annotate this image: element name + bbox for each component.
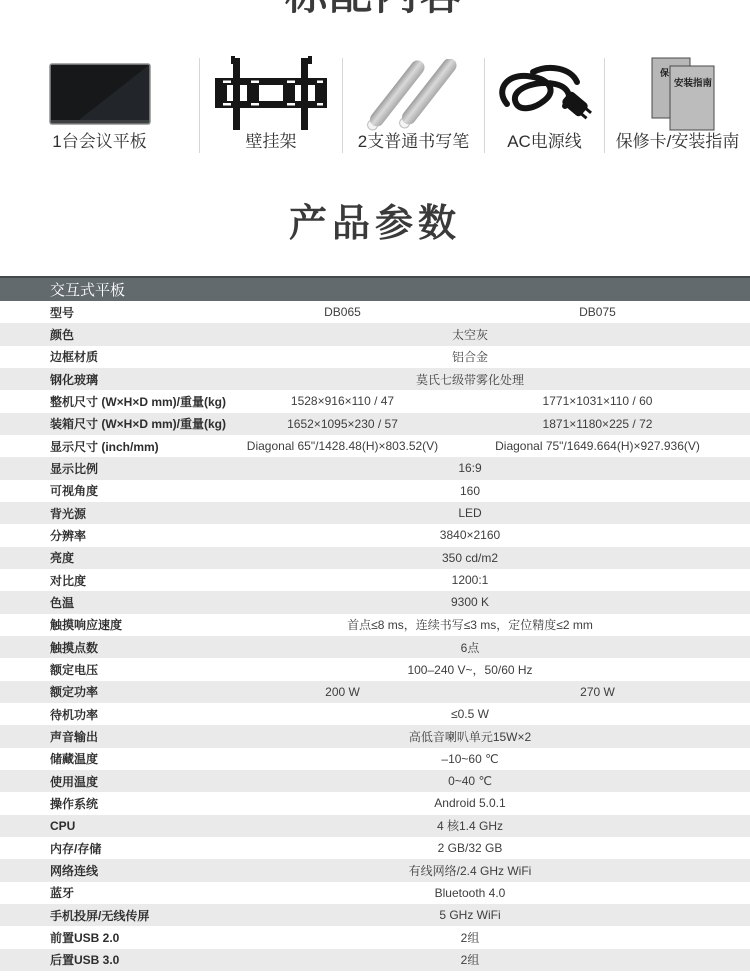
spec-value: 铝合金 bbox=[215, 346, 725, 368]
spec-row: 蓝牙Bluetooth 4.0 bbox=[0, 882, 750, 904]
spec-value: 1771×1031×110 / 60 bbox=[470, 390, 725, 412]
spec-value: 160 bbox=[215, 480, 725, 502]
spec-value: 100–240 V~，50/60 Hz bbox=[215, 658, 725, 680]
spec-value: 1871×1180×225 / 72 bbox=[470, 413, 725, 435]
spec-row: 手机投屏/无线传屏5 GHz WiFi bbox=[0, 904, 750, 926]
spec-label: 手机投屏/无线传屏 bbox=[0, 904, 215, 926]
spec-label: 网络连线 bbox=[0, 859, 215, 881]
spec-label: 前置USB 2.0 bbox=[0, 926, 215, 948]
spec-value: –10~60 ℃ bbox=[215, 748, 725, 770]
spec-label: 亮度 bbox=[0, 547, 215, 569]
spec-values: 1528×916×110 / 471771×1031×110 / 60 bbox=[215, 390, 725, 412]
spec-values: 太空灰 bbox=[215, 323, 725, 345]
package-item-label: 保修卡/安装指南 bbox=[616, 132, 740, 153]
spec-values: 4 核1.4 GHz bbox=[215, 815, 725, 837]
spec-row: 整机尺寸 (W×H×D mm)/重量(kg)1528×916×110 / 471… bbox=[0, 390, 750, 412]
spec-table: 交互式平板 型号DB065DB075颜色太空灰边框材质铝合金钢化玻璃莫氏七级带雾… bbox=[0, 276, 750, 971]
spec-value: 350 cd/m2 bbox=[215, 547, 725, 569]
spec-value: 6点 bbox=[215, 636, 725, 658]
spec-label: 背光源 bbox=[0, 502, 215, 524]
spec-values: 3840×2160 bbox=[215, 524, 725, 546]
package-item-label: 2支普通书写笔 bbox=[358, 132, 469, 153]
spec-row: 边框材质铝合金 bbox=[0, 346, 750, 368]
package-item-manuals: 保修 安装指南 保修卡/安装指南 bbox=[605, 58, 750, 153]
spec-value: DB075 bbox=[470, 301, 725, 323]
spec-value: 首点≤8 ms，连续书写≤3 ms，定位精度≤2 mm bbox=[215, 614, 725, 636]
spec-row: 前置USB 2.02组 bbox=[0, 926, 750, 948]
spec-row: 储藏温度–10~60 ℃ bbox=[0, 748, 750, 770]
package-item-label: AC电源线 bbox=[507, 132, 582, 153]
spec-label: 整机尺寸 (W×H×D mm)/重量(kg) bbox=[0, 390, 215, 412]
spec-row: 钢化玻璃莫氏七级带雾化处理 bbox=[0, 368, 750, 390]
spec-label: CPU bbox=[0, 815, 215, 837]
spec-label: 蓝牙 bbox=[0, 882, 215, 904]
spec-label: 声音输出 bbox=[0, 725, 215, 747]
spec-values: 9300 K bbox=[215, 591, 725, 613]
spec-values: ≤0.5 W bbox=[215, 703, 725, 725]
spec-value: 莫氏七级带雾化处理 bbox=[215, 368, 725, 390]
spec-row: 触摸响应速度首点≤8 ms，连续书写≤3 ms，定位精度≤2 mm bbox=[0, 614, 750, 636]
spec-values: 高低音喇叭单元15W×2 bbox=[215, 725, 725, 747]
spec-value: Bluetooth 4.0 bbox=[215, 882, 725, 904]
spec-values: –10~60 ℃ bbox=[215, 748, 725, 770]
spec-values: 350 cd/m2 bbox=[215, 547, 725, 569]
spec-row: 可视角度160 bbox=[0, 480, 750, 502]
spec-value: 4 核1.4 GHz bbox=[215, 815, 725, 837]
spec-row: 声音输出高低音喇叭单元15W×2 bbox=[0, 725, 750, 747]
spec-label: 对比度 bbox=[0, 569, 215, 591]
spec-label: 触摸点数 bbox=[0, 636, 215, 658]
package-item-power-cable: AC电源线 bbox=[485, 58, 605, 153]
spec-values: 100–240 V~，50/60 Hz bbox=[215, 658, 725, 680]
package-contents-row: 1台会议平板 壁挂架 bbox=[0, 58, 750, 153]
package-item-label: 壁挂架 bbox=[246, 132, 297, 153]
spec-row: 额定功率200 W270 W bbox=[0, 681, 750, 703]
spec-label: 分辨率 bbox=[0, 524, 215, 546]
spec-values: 2组 bbox=[215, 949, 725, 971]
writing-pens-icon bbox=[343, 58, 484, 132]
spec-row: 使用温度0~40 ℃ bbox=[0, 770, 750, 792]
spec-value: 2 GB/32 GB bbox=[215, 837, 725, 859]
spec-value: 5 GHz WiFi bbox=[215, 904, 725, 926]
spec-row: 色温9300 K bbox=[0, 591, 750, 613]
spec-label: 额定电压 bbox=[0, 658, 215, 680]
section-title: 产品参数 bbox=[0, 203, 750, 245]
spec-value: LED bbox=[215, 502, 725, 524]
spec-label: 型号 bbox=[0, 301, 215, 323]
spec-label: 操作系统 bbox=[0, 792, 215, 814]
spec-value: Diagonal 75"/1649.664(H)×927.936(V) bbox=[470, 435, 725, 457]
spec-row: 显示尺寸 (inch/mm)Diagonal 65"/1428.48(H)×80… bbox=[0, 435, 750, 457]
wall-mount-icon bbox=[200, 54, 342, 132]
spec-row: 待机功率≤0.5 W bbox=[0, 703, 750, 725]
spec-label: 装箱尺寸 (W×H×D mm)/重量(kg) bbox=[0, 413, 215, 435]
spec-label: 储藏温度 bbox=[0, 748, 215, 770]
package-item-pens: 2支普通书写笔 bbox=[343, 58, 485, 153]
top-title-clip: 标配内容 bbox=[0, 0, 750, 18]
spec-label: 色温 bbox=[0, 591, 215, 613]
spec-row: 对比度1200:1 bbox=[0, 569, 750, 591]
spec-value: 270 W bbox=[470, 681, 725, 703]
spec-label: 使用温度 bbox=[0, 770, 215, 792]
spec-values: 铝合金 bbox=[215, 346, 725, 368]
spec-value: 16:9 bbox=[215, 457, 725, 479]
package-item-panel: 1台会议平板 bbox=[0, 58, 200, 153]
spec-values: Diagonal 65"/1428.48(H)×803.52(V)Diagona… bbox=[215, 435, 725, 457]
spec-value: 高低音喇叭单元15W×2 bbox=[215, 725, 725, 747]
spec-label: 显示尺寸 (inch/mm) bbox=[0, 435, 215, 457]
spec-values: Bluetooth 4.0 bbox=[215, 882, 725, 904]
spec-value: 1200:1 bbox=[215, 569, 725, 591]
ac-power-cable-icon bbox=[485, 58, 604, 132]
spec-values: 16:9 bbox=[215, 457, 725, 479]
spec-row: CPU4 核1.4 GHz bbox=[0, 815, 750, 837]
conference-panel-icon bbox=[0, 58, 199, 132]
package-item-wall-mount: 壁挂架 bbox=[200, 58, 343, 153]
spec-row: 背光源LED bbox=[0, 502, 750, 524]
spec-row: 分辨率3840×2160 bbox=[0, 524, 750, 546]
package-item-label: 1台会议平板 bbox=[52, 132, 146, 153]
spec-value: ≤0.5 W bbox=[215, 703, 725, 725]
spec-label: 触摸响应速度 bbox=[0, 614, 215, 636]
spec-values: 有线网络/2.4 GHz WiFi bbox=[215, 859, 725, 881]
spec-value: 9300 K bbox=[215, 591, 725, 613]
spec-value: 2组 bbox=[215, 926, 725, 948]
warranty-manual-icon: 保修 安装指南 bbox=[605, 54, 750, 132]
install-guide-text: 安装指南 bbox=[674, 77, 713, 89]
spec-row: 触摸点数6点 bbox=[0, 636, 750, 658]
spec-table-header: 交互式平板 bbox=[0, 276, 750, 301]
spec-value: 有线网络/2.4 GHz WiFi bbox=[215, 859, 725, 881]
spec-values: 1200:1 bbox=[215, 569, 725, 591]
spec-value: 1528×916×110 / 47 bbox=[215, 390, 470, 412]
spec-values: 6点 bbox=[215, 636, 725, 658]
spec-row: 装箱尺寸 (W×H×D mm)/重量(kg)1652×1095×230 / 57… bbox=[0, 413, 750, 435]
spec-row: 后置USB 3.02组 bbox=[0, 949, 750, 971]
spec-row: 型号DB065DB075 bbox=[0, 301, 750, 323]
spec-values: 0~40 ℃ bbox=[215, 770, 725, 792]
spec-values: 2组 bbox=[215, 926, 725, 948]
spec-values: 莫氏七级带雾化处理 bbox=[215, 368, 725, 390]
spec-label: 内存/存储 bbox=[0, 837, 215, 859]
spec-value: 200 W bbox=[215, 681, 470, 703]
spec-values: 首点≤8 ms，连续书写≤3 ms，定位精度≤2 mm bbox=[215, 614, 725, 636]
spec-values: 160 bbox=[215, 480, 725, 502]
spec-value: Android 5.0.1 bbox=[215, 792, 725, 814]
spec-value: 2组 bbox=[215, 949, 725, 971]
spec-label: 边框材质 bbox=[0, 346, 215, 368]
spec-row: 额定电压100–240 V~，50/60 Hz bbox=[0, 658, 750, 680]
spec-values: 200 W270 W bbox=[215, 681, 725, 703]
spec-label: 待机功率 bbox=[0, 703, 215, 725]
spec-value: DB065 bbox=[215, 301, 470, 323]
spec-value: 3840×2160 bbox=[215, 524, 725, 546]
spec-row: 操作系统Android 5.0.1 bbox=[0, 792, 750, 814]
spec-row: 颜色太空灰 bbox=[0, 323, 750, 345]
spec-row: 网络连线有线网络/2.4 GHz WiFi bbox=[0, 859, 750, 881]
spec-value: 1652×1095×230 / 57 bbox=[215, 413, 470, 435]
spec-label: 可视角度 bbox=[0, 480, 215, 502]
spec-table-body: 型号DB065DB075颜色太空灰边框材质铝合金钢化玻璃莫氏七级带雾化处理整机尺… bbox=[0, 301, 750, 971]
spec-values: Android 5.0.1 bbox=[215, 792, 725, 814]
spec-value: Diagonal 65"/1428.48(H)×803.52(V) bbox=[215, 435, 470, 457]
spec-row: 显示比例16:9 bbox=[0, 457, 750, 479]
spec-values: 1652×1095×230 / 571871×1180×225 / 72 bbox=[215, 413, 725, 435]
spec-label: 额定功率 bbox=[0, 681, 215, 703]
spec-value: 0~40 ℃ bbox=[215, 770, 725, 792]
spec-label: 颜色 bbox=[0, 323, 215, 345]
spec-label: 显示比例 bbox=[0, 457, 215, 479]
spec-label: 后置USB 3.0 bbox=[0, 949, 215, 971]
spec-values: 2 GB/32 GB bbox=[215, 837, 725, 859]
spec-row: 内存/存储2 GB/32 GB bbox=[0, 837, 750, 859]
spec-row: 亮度350 cd/m2 bbox=[0, 547, 750, 569]
spec-values: LED bbox=[215, 502, 725, 524]
spec-values: 5 GHz WiFi bbox=[215, 904, 725, 926]
spec-label: 钢化玻璃 bbox=[0, 368, 215, 390]
spec-value: 太空灰 bbox=[215, 323, 725, 345]
spec-values: DB065DB075 bbox=[215, 301, 725, 323]
page-title: 标配内容 bbox=[0, 0, 750, 17]
